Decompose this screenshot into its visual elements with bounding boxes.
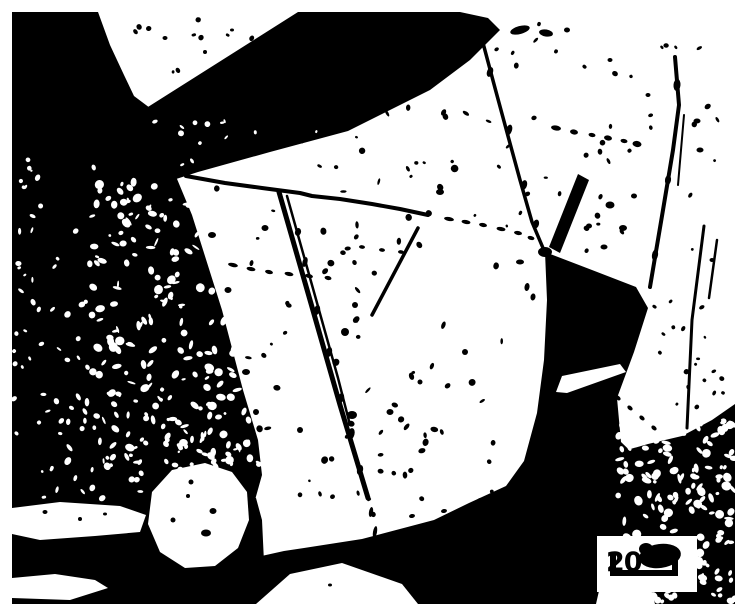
etch-pit bbox=[43, 510, 48, 514]
speck bbox=[280, 152, 285, 156]
slip-line-short bbox=[372, 228, 418, 315]
etch-pit bbox=[347, 411, 357, 419]
speck bbox=[651, 418, 656, 423]
etch-pit bbox=[461, 219, 471, 225]
speck bbox=[308, 479, 311, 482]
speck bbox=[467, 378, 477, 388]
speck bbox=[347, 144, 351, 149]
speck bbox=[704, 103, 712, 111]
speck bbox=[611, 70, 619, 77]
etch-pit bbox=[201, 530, 211, 537]
speck bbox=[440, 321, 446, 330]
etch-pit bbox=[626, 405, 633, 412]
speck bbox=[694, 362, 698, 366]
speck bbox=[377, 468, 384, 474]
etch-pit bbox=[253, 409, 259, 415]
etch-pit bbox=[387, 409, 394, 415]
speck bbox=[439, 429, 444, 436]
etch-pit bbox=[462, 349, 468, 355]
speck bbox=[671, 325, 676, 330]
etch-pit bbox=[524, 283, 530, 292]
speck bbox=[155, 228, 161, 233]
micrograph-figure: 20 bbox=[0, 0, 735, 616]
speck bbox=[648, 125, 653, 130]
speck bbox=[145, 25, 152, 31]
speck bbox=[693, 404, 700, 411]
speck bbox=[351, 259, 357, 266]
speck bbox=[637, 442, 641, 447]
speck bbox=[718, 375, 725, 382]
speck bbox=[329, 493, 336, 500]
speck bbox=[494, 47, 500, 53]
speck bbox=[721, 391, 726, 396]
speck bbox=[537, 21, 542, 26]
speck bbox=[264, 361, 268, 365]
speck bbox=[245, 228, 253, 236]
speck bbox=[606, 158, 612, 165]
etch-pit bbox=[608, 58, 613, 62]
speck bbox=[553, 49, 558, 54]
etch-pit bbox=[189, 480, 194, 485]
speck bbox=[698, 304, 705, 310]
speck bbox=[583, 152, 590, 159]
speck bbox=[609, 124, 613, 129]
boundary-vertical-right-2 bbox=[678, 115, 684, 185]
speck bbox=[195, 17, 201, 23]
speck bbox=[356, 335, 361, 339]
speck bbox=[430, 426, 439, 433]
etch-pit bbox=[265, 269, 274, 275]
etch-pit bbox=[328, 103, 333, 107]
speck bbox=[409, 174, 413, 178]
speck bbox=[271, 209, 276, 212]
boundary-right-edge-2 bbox=[709, 240, 717, 298]
etch-pit bbox=[262, 225, 269, 231]
speck bbox=[344, 246, 350, 250]
speck bbox=[391, 470, 398, 476]
etch-pit bbox=[203, 50, 207, 54]
speck bbox=[403, 423, 411, 432]
etch-pit bbox=[604, 135, 613, 141]
speck bbox=[584, 248, 590, 254]
speck bbox=[327, 259, 335, 267]
speck bbox=[356, 490, 360, 496]
speck bbox=[282, 330, 288, 336]
speck bbox=[629, 74, 633, 78]
speck bbox=[403, 472, 408, 479]
etch-pit bbox=[242, 369, 250, 375]
speck bbox=[377, 453, 383, 458]
speck bbox=[266, 279, 276, 284]
speck bbox=[175, 67, 182, 74]
speck bbox=[397, 238, 402, 245]
speck bbox=[340, 190, 346, 193]
speck bbox=[627, 148, 633, 154]
speck bbox=[249, 310, 258, 319]
speck bbox=[397, 415, 406, 424]
speck bbox=[292, 151, 298, 156]
speck bbox=[557, 191, 561, 197]
speck bbox=[687, 192, 693, 199]
etch-pit bbox=[284, 271, 294, 277]
speck bbox=[532, 37, 538, 44]
etch-pit bbox=[570, 129, 579, 135]
speck bbox=[258, 250, 266, 258]
speck bbox=[31, 277, 33, 283]
etch-pit bbox=[694, 119, 701, 124]
etch-pit bbox=[352, 302, 358, 308]
speck bbox=[328, 455, 335, 462]
speck bbox=[193, 214, 201, 222]
etch-pit bbox=[530, 293, 536, 301]
speck bbox=[252, 228, 261, 235]
etch-pit bbox=[436, 189, 444, 195]
speck bbox=[197, 34, 204, 41]
scale-bar-tick-right bbox=[672, 552, 678, 576]
needle-dark-thick bbox=[549, 174, 589, 253]
etch-pit bbox=[230, 29, 234, 32]
speck bbox=[485, 119, 492, 124]
speck bbox=[473, 213, 477, 217]
speck bbox=[691, 248, 694, 251]
speck bbox=[597, 148, 602, 154]
speck bbox=[450, 164, 460, 174]
speck bbox=[629, 428, 637, 436]
etch-pit bbox=[171, 518, 176, 523]
speck bbox=[377, 178, 381, 185]
speck bbox=[263, 383, 271, 392]
etch-pit bbox=[393, 78, 398, 82]
etch-pit bbox=[496, 226, 506, 232]
speck bbox=[657, 350, 662, 355]
speck bbox=[297, 492, 303, 498]
etch-pit bbox=[586, 224, 592, 229]
boundary-right-edge bbox=[687, 226, 704, 428]
etch-pit bbox=[444, 216, 455, 222]
speck bbox=[225, 33, 230, 37]
speck bbox=[256, 163, 262, 169]
speck bbox=[239, 217, 250, 228]
speck bbox=[668, 299, 673, 304]
speck bbox=[518, 210, 523, 216]
etch-pit bbox=[324, 275, 332, 280]
speck bbox=[702, 378, 707, 383]
etch-pit bbox=[78, 517, 82, 521]
etch-pit bbox=[210, 508, 217, 514]
etch-pit bbox=[509, 24, 530, 37]
etch-pit bbox=[646, 93, 651, 97]
speck bbox=[696, 357, 700, 360]
speck bbox=[444, 382, 452, 390]
speck bbox=[422, 438, 430, 447]
etch-pit bbox=[186, 494, 190, 498]
etch-pit bbox=[710, 258, 715, 262]
pits-central-lower bbox=[297, 455, 425, 518]
speck bbox=[598, 193, 604, 200]
speck bbox=[247, 254, 250, 256]
speck bbox=[496, 164, 501, 170]
speck bbox=[355, 136, 359, 139]
etch-pit bbox=[328, 584, 332, 587]
speck bbox=[423, 432, 427, 438]
speck bbox=[181, 179, 188, 189]
speck bbox=[260, 352, 267, 359]
speck bbox=[259, 327, 269, 334]
scale-bar: 20 bbox=[597, 536, 697, 592]
speck bbox=[505, 224, 508, 228]
speck bbox=[713, 159, 717, 163]
etch-pit bbox=[341, 328, 349, 336]
etch-pit bbox=[246, 266, 256, 272]
speck bbox=[647, 490, 652, 498]
etch-pit bbox=[259, 131, 265, 136]
speck bbox=[648, 113, 654, 118]
speck bbox=[582, 64, 588, 70]
etch-pit bbox=[697, 148, 704, 153]
speck bbox=[661, 332, 666, 337]
speck bbox=[674, 45, 678, 50]
speck bbox=[321, 267, 329, 275]
grain-left-speckled-base bbox=[12, 112, 262, 500]
speck bbox=[234, 335, 240, 341]
speck bbox=[233, 242, 240, 249]
etch-pit bbox=[516, 260, 524, 265]
speck bbox=[406, 104, 411, 111]
speck bbox=[486, 458, 492, 465]
speck bbox=[275, 156, 281, 161]
speck bbox=[238, 254, 246, 264]
speck bbox=[334, 165, 339, 170]
speck bbox=[663, 43, 668, 47]
speck bbox=[415, 241, 423, 250]
etch-pit bbox=[619, 225, 627, 231]
speck bbox=[510, 50, 515, 56]
speck bbox=[245, 356, 252, 360]
pits-topright-grain bbox=[485, 21, 720, 253]
speck bbox=[680, 325, 686, 332]
speck bbox=[287, 174, 290, 178]
speck bbox=[340, 250, 346, 256]
speck bbox=[422, 161, 426, 165]
etch-pit bbox=[479, 222, 488, 227]
speck bbox=[479, 398, 486, 403]
speck bbox=[544, 176, 548, 179]
speck bbox=[135, 23, 143, 31]
etch-pit bbox=[441, 509, 448, 514]
speck bbox=[711, 390, 716, 396]
speck bbox=[490, 440, 496, 446]
speck bbox=[335, 136, 341, 138]
etch-pit bbox=[564, 28, 570, 33]
speck bbox=[354, 286, 361, 294]
etch-pit bbox=[538, 247, 552, 257]
speck bbox=[241, 341, 249, 348]
etch-pit bbox=[103, 513, 107, 516]
speck bbox=[299, 177, 303, 180]
speck bbox=[172, 70, 175, 74]
speck bbox=[355, 221, 359, 228]
etch-pit bbox=[379, 248, 385, 252]
etch-pit bbox=[527, 235, 535, 241]
speck bbox=[414, 161, 418, 165]
speck bbox=[711, 369, 717, 374]
speck bbox=[715, 116, 720, 123]
etch-pit bbox=[620, 138, 628, 143]
speck bbox=[132, 28, 139, 35]
speck bbox=[391, 402, 399, 409]
speck bbox=[696, 45, 703, 51]
micrograph-canvas: 20 bbox=[0, 0, 735, 616]
etch-pit bbox=[254, 57, 257, 60]
speck bbox=[429, 362, 435, 370]
etch-pit bbox=[588, 132, 596, 137]
speck bbox=[318, 491, 323, 497]
scale-bar-label: 20 bbox=[606, 547, 642, 578]
etch-pit bbox=[638, 415, 645, 422]
speck bbox=[353, 233, 360, 240]
etch-pit bbox=[358, 90, 363, 94]
etch-pit bbox=[225, 287, 232, 293]
speck bbox=[418, 447, 426, 454]
speck bbox=[273, 384, 281, 391]
etch-pit bbox=[673, 79, 681, 92]
speck bbox=[418, 495, 425, 502]
etch-pit bbox=[208, 232, 216, 238]
speck bbox=[251, 215, 261, 225]
speck bbox=[599, 139, 607, 147]
speck bbox=[269, 342, 273, 346]
etch-pit bbox=[207, 148, 213, 153]
etch-pit bbox=[297, 113, 303, 118]
speck bbox=[703, 335, 707, 339]
etch-pit bbox=[163, 36, 168, 40]
speck bbox=[256, 425, 264, 433]
speck bbox=[320, 455, 329, 465]
speck bbox=[320, 227, 327, 235]
speck bbox=[493, 262, 500, 270]
speck bbox=[191, 33, 196, 37]
etch-pit bbox=[359, 245, 365, 249]
speck bbox=[352, 315, 361, 324]
speck bbox=[232, 304, 242, 314]
speck bbox=[224, 215, 227, 219]
speck bbox=[267, 205, 272, 212]
etch-pit bbox=[606, 202, 615, 209]
speck bbox=[594, 212, 601, 220]
speck bbox=[514, 62, 519, 68]
etch-pit bbox=[632, 140, 642, 147]
speck bbox=[407, 467, 414, 474]
speck bbox=[405, 213, 413, 221]
speck bbox=[214, 185, 220, 192]
speck bbox=[264, 313, 276, 325]
speck bbox=[500, 338, 503, 344]
speck bbox=[652, 304, 658, 309]
speck bbox=[462, 110, 470, 117]
etch-pit bbox=[538, 28, 553, 37]
speck bbox=[405, 165, 411, 172]
speck bbox=[596, 223, 600, 226]
speck bbox=[371, 270, 378, 276]
speck bbox=[450, 159, 455, 164]
speck bbox=[253, 298, 263, 306]
boundary-wavy-horizontal bbox=[186, 176, 428, 215]
speck bbox=[240, 189, 251, 201]
speck bbox=[378, 429, 384, 436]
etch-pit bbox=[418, 380, 423, 385]
etch-pit bbox=[234, 115, 242, 121]
etch-pit bbox=[409, 514, 416, 519]
etch-pit bbox=[297, 427, 303, 433]
etch-pit bbox=[601, 245, 608, 250]
speck bbox=[364, 387, 371, 394]
etch-pit bbox=[631, 194, 637, 199]
speck bbox=[531, 115, 537, 121]
speck bbox=[248, 294, 255, 298]
etch-pit bbox=[551, 125, 562, 132]
etch-pit bbox=[514, 230, 523, 235]
speck bbox=[675, 402, 679, 406]
speck bbox=[264, 234, 273, 242]
speck bbox=[358, 147, 366, 155]
mass-bottomcenter-dark bbox=[256, 252, 649, 604]
